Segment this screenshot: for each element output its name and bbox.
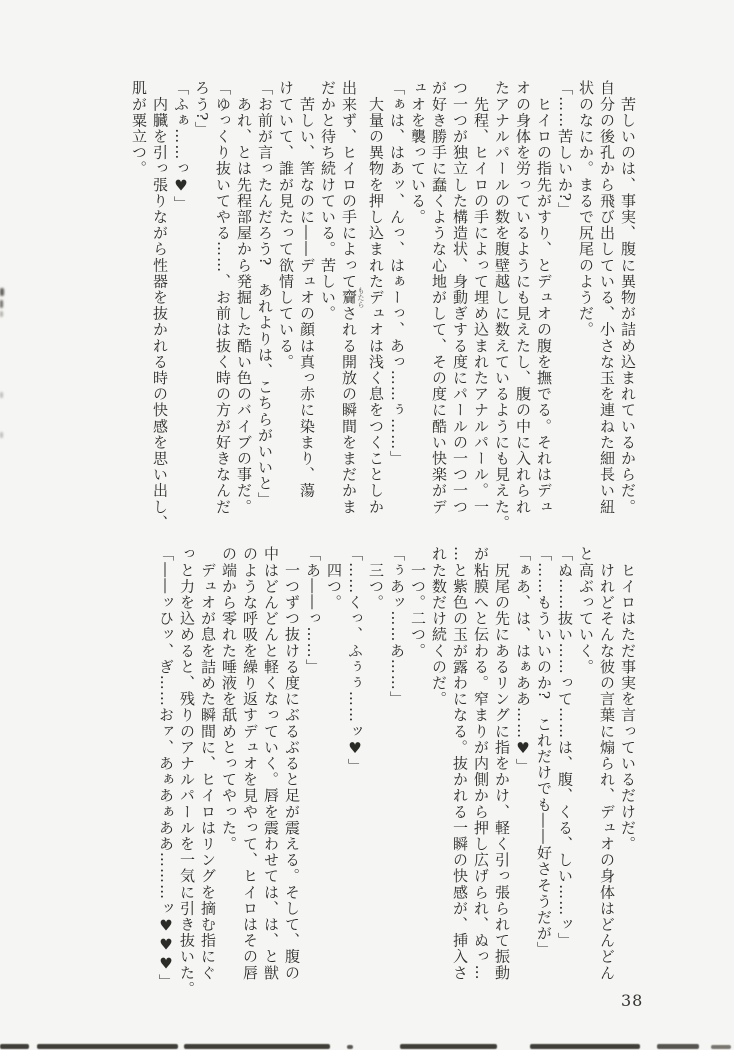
- text-column: 「ふぁ……っ♥」: [170, 80, 191, 531]
- text-column: ュオを襲っている。: [407, 80, 428, 531]
- scan-bottom-edge-artifact: [0, 1044, 29, 1049]
- text-column: 苦しいのは、事実、腹に異物が詰め込まれているからだ。: [617, 80, 638, 531]
- text-column: 三つ。: [365, 546, 386, 997]
- text-column: と高ぶっていく。: [575, 546, 596, 997]
- text-column: が粘膜へと伝わる。窄まりが内側から押し広げられ、ぬっ…: [470, 546, 491, 997]
- text-column: の端から零れた唾液を舐めとってやった。: [218, 546, 239, 997]
- scan-left-edge-speck: [0, 311, 3, 317]
- text-column: オの身体を労っているようにも見えたし、腹の中に入れられ: [512, 80, 533, 531]
- text-column: 「――ッひッ、ぎ……おァ、あぁあぁああ………ッ♥♥♥」: [155, 546, 176, 997]
- scan-bottom-edge-artifact: [657, 1044, 699, 1049]
- text-column: 先程、ヒイロの手によって埋め込まれたアナルパール。一: [470, 80, 491, 531]
- scan-bottom-edge-artifact: [530, 1044, 640, 1049]
- text-column: 自分の後孔から飛び出している、小さな玉を連ねた細長い紐: [596, 80, 617, 531]
- text-column: 「ぁは、はあッ、んっ、はぁーっ、あっ……ぅ……」: [386, 80, 407, 531]
- text-column: 「お前が言ったんだろう? あれよりは、こちらがいいと」: [254, 80, 275, 531]
- text-column: 「ぬ……抜い……って……は、腹、くる、しい……ッ」: [554, 546, 575, 997]
- text-column: 「……苦しいか?」: [554, 80, 575, 531]
- text-column: 内臓を引っ張りながら性器を抜かれる時の快感を思い出し、: [149, 80, 170, 531]
- book-page: 苦しいのは、事実、腹に異物が詰め込まれているからだ。自分の後孔から飛び出している…: [0, 0, 734, 1050]
- text-column: ヒイロの指先がすり、とデュオの腹を撫でる。それはデュ: [533, 80, 554, 531]
- scan-bottom-edge-artifact: [184, 1044, 330, 1049]
- scan-left-edge-speck: [0, 392, 3, 398]
- text-column: 状のなにか。まるで尻尾のようだ。: [575, 80, 596, 531]
- scan-left-edge-speck: [0, 288, 4, 296]
- text-column: ヒイロはただ事実を言っているだけだ。: [617, 546, 638, 997]
- text-column: 一つずつ抜ける度にぶるぶると足が震える。そして、腹の: [281, 546, 302, 997]
- scan-left-edge-speck: [0, 432, 3, 438]
- text-column: けれどそんな彼の言葉に煽られ、デュオの身体はどんどん: [596, 546, 617, 997]
- text-column: デュオが息を詰めた瞬間に、ヒイロはリングを摘む指にぐ: [197, 546, 218, 997]
- text-column: ろう?」: [191, 80, 212, 531]
- text-column: けていて、誰が見たって欲情している。: [275, 80, 296, 531]
- scan-bottom-edge-artifact: [711, 1045, 731, 1049]
- text-column: …と紫色の玉が露わになる。抜かれる一瞬の快感が、挿入さ: [449, 546, 470, 997]
- text-column: 苦しい、筈なのに――デュオの顔は真っ赤に染まり、蕩: [296, 80, 317, 531]
- text-column: 大量の異物を押し込まれたデュオは浅く息をつくことしか: [365, 80, 386, 531]
- text-column: だかと待ち続けている。苦しい。: [317, 80, 338, 531]
- scan-bottom-edge-artifact: [37, 1044, 178, 1049]
- text-column: れた数だけ続くのだ。: [428, 546, 449, 997]
- text-column: 「……くっ、ふぅぅ……ッ♥」: [344, 546, 365, 997]
- text-column: 尻尾の先にあるリングに指をかけ、軽く引っ張られて振動: [491, 546, 512, 997]
- text-column: 四つ。: [323, 546, 344, 997]
- scan-bottom-edge-artifact: [400, 1044, 497, 1049]
- scan-left-edge-speck: [0, 300, 3, 308]
- text-column: が好き勝手に蠢くような心地がして、その度に酷い快楽がデ: [428, 80, 449, 531]
- text-column: 出来ず、ヒイロの手によって齎もたらされる開放の瞬間をまだかま: [338, 80, 365, 531]
- lower-text-block: ヒイロはただ事実を言っているだけだ。 けれどそんな彼の言葉に煽られ、デュオの身体…: [155, 546, 638, 997]
- text-column: 一つ。二つ。: [407, 546, 428, 997]
- text-column: 肌が粟立つ。: [128, 80, 149, 531]
- text-column: 「ぁあ、は、はぁああ……♥」: [512, 546, 533, 997]
- page-number: 38: [621, 991, 643, 1010]
- scan-bottom-edge-artifact: [347, 1045, 353, 1049]
- text-column: 「ゆっくり抜いてやる……、お前は抜く時の方が好きなんだ: [212, 80, 233, 531]
- text-column: 「……もういいのか? これだけでも――好さそうだが」: [533, 546, 554, 997]
- text-column: つ一つが独立した構造状、身動ぎする度にパールの一つ一つ: [449, 80, 470, 531]
- text-column: あれ、とは先程部屋から発掘した酷い色のバイブの事だ。: [233, 80, 254, 531]
- text-column: 「ぅあッ……あ……」: [386, 546, 407, 997]
- text-column: たアナルパールの数を腹壁越しに数えているようにも見えた。: [491, 80, 512, 531]
- text-column: 「あ――っ……」: [302, 546, 323, 997]
- text-column: 中はどんどんと軽くなっていく。唇を震わせては、は、と獣: [260, 546, 281, 997]
- text-column: っと力を込めると、残りのアナルパールを一気に引き抜いた。: [176, 546, 197, 997]
- upper-text-block: 苦しいのは、事実、腹に異物が詰め込まれているからだ。自分の後孔から飛び出している…: [128, 80, 638, 531]
- text-column: のような呼吸を繰り返すデュオを見やって、ヒイロはその唇: [239, 546, 260, 997]
